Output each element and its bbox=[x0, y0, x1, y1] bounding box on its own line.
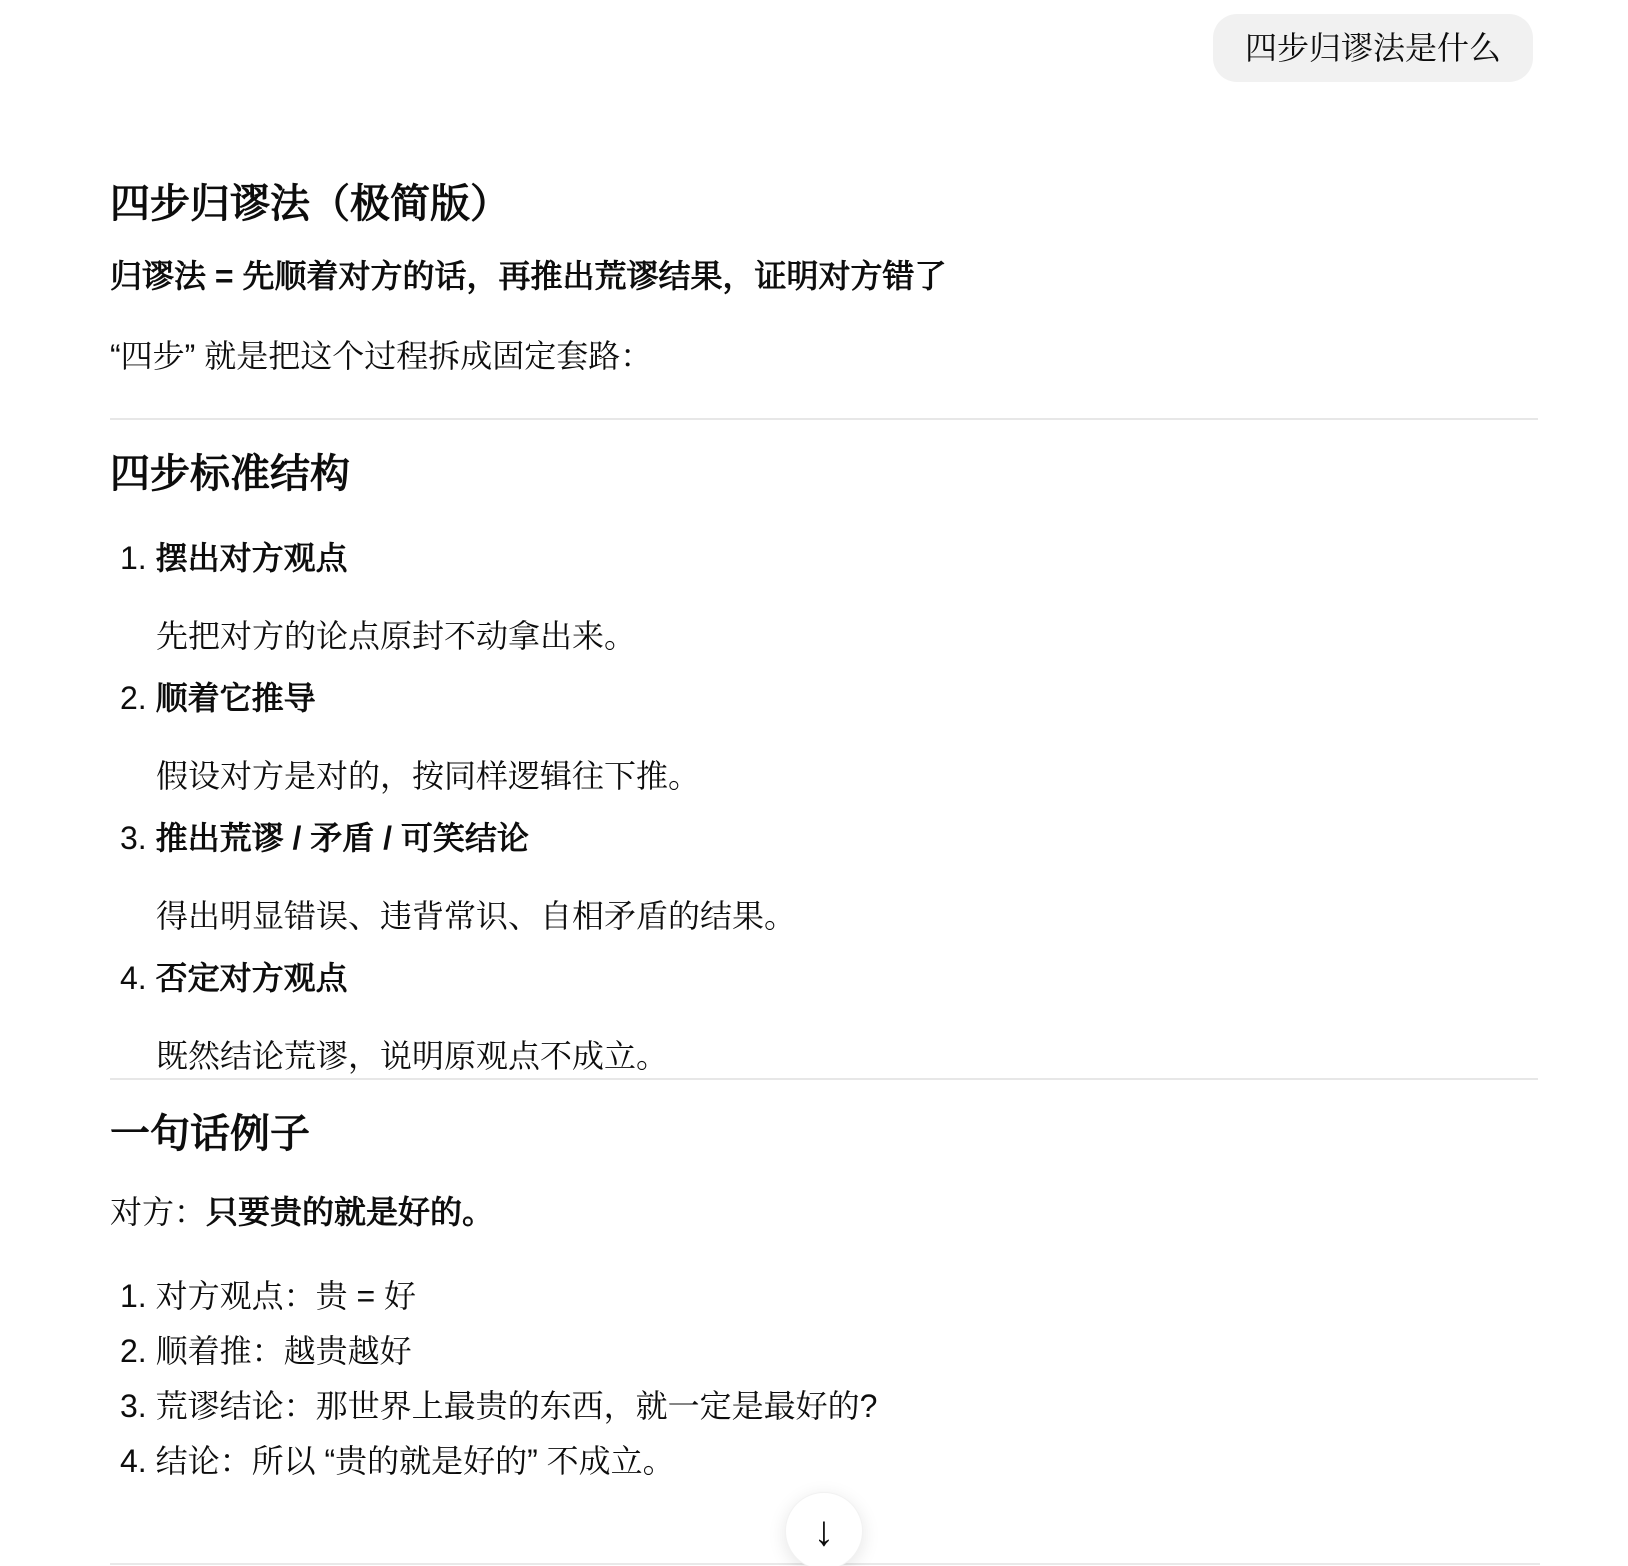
opponent-claim: 只要贵的就是好的。 bbox=[206, 1194, 494, 1230]
example-item: 顺着推：越贵越好 bbox=[120, 1329, 1538, 1373]
lead-definition: 归谬法 = 先顺着对方的话，再推出荒谬结果，证明对方错了 bbox=[110, 254, 1538, 298]
section-heading-example: 一句话例子 bbox=[110, 1108, 1538, 1160]
step-item: 否定对方观点 既然结论荒谬，说明原观点不成立。 bbox=[120, 956, 1538, 1078]
section-divider bbox=[110, 1078, 1538, 1080]
steps-list: 摆出对方观点 先把对方的论点原封不动拿出来。 顺着它推导 假设对方是对的，按同样… bbox=[110, 536, 1538, 1078]
example-list: 对方观点：贵 = 好 顺着推：越贵越好 荒谬结论：那世界上最贵的东西，就一定是最… bbox=[110, 1274, 1538, 1483]
step-title: 摆出对方观点 bbox=[120, 540, 348, 576]
intro-paragraph: “四步” 就是把这个过程拆成固定套路： bbox=[110, 334, 1538, 378]
step-item: 顺着它推导 假设对方是对的，按同样逻辑往下推。 bbox=[120, 676, 1538, 798]
message-title: 四步归谬法（极简版） bbox=[110, 178, 1538, 230]
step-title: 顺着它推导 bbox=[120, 680, 316, 716]
step-title: 推出荒谬 / 矛盾 / 可笑结论 bbox=[120, 820, 529, 856]
user-message-row: 四步归谬法是什么 bbox=[0, 0, 1628, 82]
section-heading-structure: 四步标准结构 bbox=[110, 448, 1538, 500]
step-description: 假设对方是对的，按同样逻辑往下推。 bbox=[156, 754, 1538, 798]
example-item: 荒谬结论：那世界上最贵的东西，就一定是最好的? bbox=[120, 1384, 1538, 1428]
arrow-down-icon: ↓ bbox=[814, 1510, 835, 1552]
section-divider bbox=[110, 418, 1538, 420]
user-message-bubble: 四步归谬法是什么 bbox=[1213, 14, 1533, 82]
step-description: 得出明显错误、违背常识、自相矛盾的结果。 bbox=[156, 894, 1538, 938]
step-description: 先把对方的论点原封不动拿出来。 bbox=[156, 614, 1538, 658]
step-item: 摆出对方观点 先把对方的论点原封不动拿出来。 bbox=[120, 536, 1538, 658]
scroll-to-bottom-button[interactable]: ↓ bbox=[785, 1492, 863, 1566]
example-item: 结论：所以 “贵的就是好的” 不成立。 bbox=[120, 1439, 1538, 1483]
assistant-message: 四步归谬法（极简版） 归谬法 = 先顺着对方的话，再推出荒谬结果，证明对方错了 … bbox=[110, 178, 1538, 1483]
step-title: 否定对方观点 bbox=[120, 960, 348, 996]
opponent-label: 对方： bbox=[110, 1194, 206, 1230]
opponent-claim-line: 对方：只要贵的就是好的。 bbox=[110, 1190, 1538, 1234]
step-item: 推出荒谬 / 矛盾 / 可笑结论 得出明显错误、违背常识、自相矛盾的结果。 bbox=[120, 816, 1538, 938]
step-description: 既然结论荒谬，说明原观点不成立。 bbox=[156, 1034, 1538, 1078]
example-item: 对方观点：贵 = 好 bbox=[120, 1274, 1538, 1318]
